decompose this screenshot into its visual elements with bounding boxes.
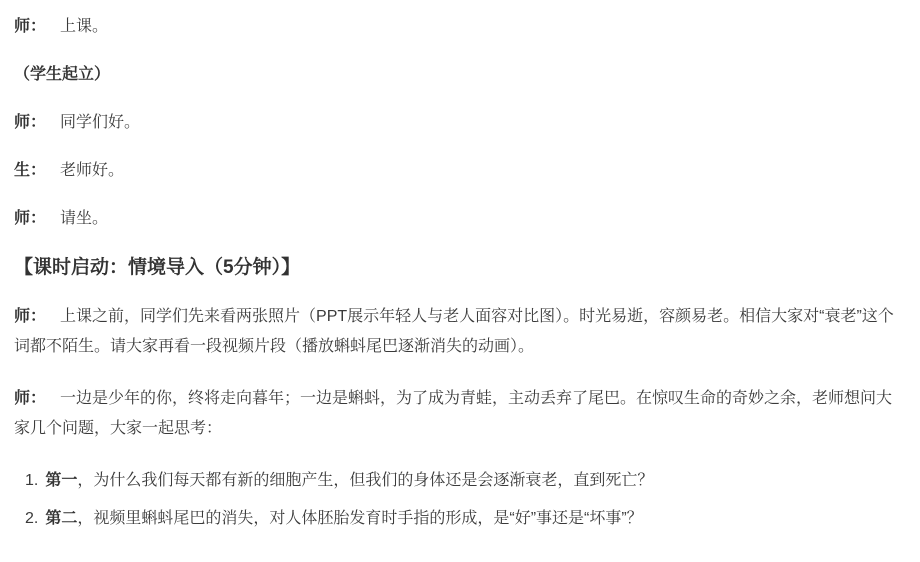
- paragraph-text: 一边是少年的你，终将走向暮年；一边是蝌蚪，为了成为青蛙，主动丢弃了尾巴。在惊叹生…: [14, 390, 892, 437]
- dialogue-text: 同学们好。: [60, 114, 140, 131]
- question-number: 2.: [25, 510, 38, 527]
- speaker-label: 师：: [14, 114, 46, 131]
- speaker-label: 生：: [14, 162, 46, 179]
- teacher-paragraph: 师：上课之前，同学们先来看两张照片（PPT展示年轻人与老人面容对比图）。时光易逝…: [14, 302, 906, 362]
- question-item: 1.第一，为什么我们每天都有新的细胞产生，但我们的身体还是会逐渐衰老，直到死亡？: [14, 466, 906, 496]
- lesson-transcript: 师：上课。 （学生起立） 师：同学们好。 生：老师好。 师：请坐。 【课时启动：…: [0, 0, 920, 562]
- question-lead: 第一: [45, 472, 77, 489]
- question-number: 1.: [25, 472, 38, 489]
- question-item: 2.第二，视频里蝌蚪尾巴的消失，对人体胚胎发育时手指的形成，是“好”事还是“坏事…: [14, 504, 906, 534]
- speaker-label: 师：: [14, 18, 46, 35]
- dialogue-text: 上课。: [60, 18, 108, 35]
- question-lead: 第二: [45, 510, 77, 527]
- section-heading: 【课时启动：情境导入（5分钟）】: [14, 252, 906, 284]
- teacher-paragraph: 师：一边是少年的你，终将走向暮年；一边是蝌蚪，为了成为青蛙，主动丢弃了尾巴。在惊…: [14, 384, 906, 444]
- speaker-label: 师：: [14, 390, 46, 407]
- dialogue-text: 请坐。: [60, 210, 108, 227]
- dialogue-line: 师：请坐。: [14, 204, 906, 234]
- speaker-label: 师：: [14, 308, 46, 325]
- stage-direction-text: （学生起立）: [14, 66, 110, 83]
- speaker-label: 师：: [14, 210, 46, 227]
- question-list: 1.第一，为什么我们每天都有新的细胞产生，但我们的身体还是会逐渐衰老，直到死亡？…: [14, 466, 906, 534]
- question-text: ，视频里蝌蚪尾巴的消失，对人体胚胎发育时手指的形成，是“好”事还是“坏事”？: [77, 510, 642, 527]
- stage-direction: （学生起立）: [14, 60, 906, 90]
- dialogue-line: 师：同学们好。: [14, 108, 906, 138]
- paragraph-text: 上课之前，同学们先来看两张照片（PPT展示年轻人与老人面容对比图）。时光易逝，容…: [14, 308, 894, 355]
- dialogue-line: 师：上课。: [14, 12, 906, 42]
- question-text: ，为什么我们每天都有新的细胞产生，但我们的身体还是会逐渐衰老，直到死亡？: [77, 472, 653, 489]
- dialogue-text: 老师好。: [60, 162, 124, 179]
- dialogue-line: 生：老师好。: [14, 156, 906, 186]
